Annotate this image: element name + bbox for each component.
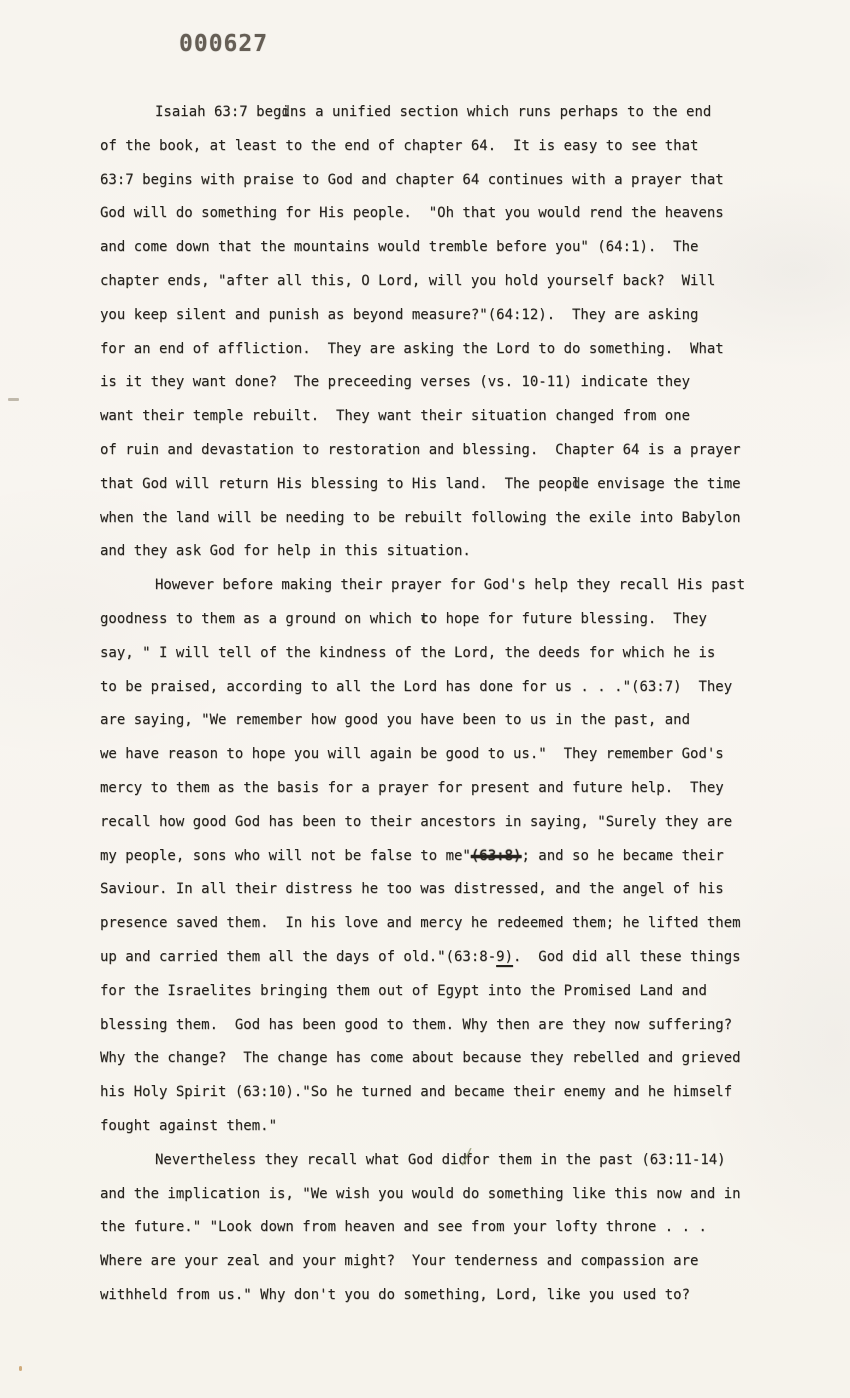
text-segment: mercy to them as the basis for a prayer … — [100, 780, 724, 796]
text-segment: to be praised, according to all the Lord… — [100, 679, 732, 695]
text-segment: Isaiah 63:7 beg — [155, 104, 281, 120]
text-line: my people, sons who will not be false to… — [100, 840, 800, 874]
text-line: Saviour. In all their distress he too wa… — [100, 873, 800, 907]
text-segment: . God did all these things — [513, 949, 741, 965]
text-line: of the book, at least to the end of chap… — [100, 130, 800, 164]
paper-speck — [19, 1366, 22, 1371]
text-segment: is it they want done? The preceeding ver… — [100, 374, 690, 390]
text-segment: Nevertheless they recall what God did — [155, 1152, 467, 1168]
text-segment: and come down that the mountains would t… — [100, 239, 698, 255]
text-line: his Holy Spirit (63:10)."So he turned an… — [100, 1076, 800, 1110]
text-segment: Saviour. In all their distress he too wa… — [100, 881, 724, 897]
text-segment: for them in the past (63:11-14) — [464, 1152, 725, 1168]
text-segment: ns a unified section which runs perhaps … — [290, 104, 711, 120]
text-segment: you keep silent and punish as beyond mea… — [100, 307, 698, 323]
text-segment: for the Israelites bringing them out of … — [100, 983, 707, 999]
text-segment: Where are your zeal and your might? Your… — [100, 1253, 698, 1269]
margin-dash-mark — [8, 398, 19, 401]
text-segment: and they ask God for help in this situat… — [100, 543, 471, 559]
strike-text: (63:8) — [471, 848, 522, 864]
text-line: withheld from us." Why don't you do some… — [100, 1279, 800, 1313]
text-line: for an end of affliction. They are askin… — [100, 333, 800, 367]
text-line: that God will return His blessing to His… — [100, 468, 800, 502]
text-line: up and carried them all the days of old.… — [100, 941, 800, 975]
text-segment: recall how good God has been to their an… — [100, 814, 732, 830]
text-line: and come down that the mountains would t… — [100, 231, 800, 265]
text-line: want their temple rebuilt. They want the… — [100, 400, 800, 434]
text-segment: o hope for future blessing. They — [429, 611, 707, 627]
text-line: 63:7 begins with praise to God and chapt… — [100, 164, 800, 198]
text-segment: tc — [420, 603, 428, 637]
text-segment: withheld from us." Why don't you do some… — [100, 1287, 690, 1303]
text-segment: when the land will be needing to be rebu… — [100, 510, 741, 526]
text-segment: up and carried them all the days of old.… — [100, 949, 496, 965]
text-line: recall how good God has been to their an… — [100, 806, 800, 840]
text-segment: fought against them." — [100, 1118, 277, 1134]
text-segment: of the book, at least to the end of chap… — [100, 138, 698, 154]
text-segment: that God will return His blessing to His… — [100, 476, 572, 492]
underline-text: 9) — [496, 949, 513, 965]
text-segment: However before making their prayer for G… — [155, 577, 745, 593]
text-line: for the Israelites bringing them out of … — [100, 975, 800, 1009]
text-line: to be praised, according to all the Lord… — [100, 671, 800, 705]
text-segment: chapter ends, "after all this, O Lord, w… — [100, 273, 715, 289]
text-line: fought against them." — [100, 1110, 800, 1144]
text-segment: want their temple rebuilt. They want the… — [100, 408, 690, 424]
text-segment: for an end of affliction. They are askin… — [100, 341, 724, 357]
text-segment: 63:7 begins with praise to God and chapt… — [100, 172, 724, 188]
document-page: 000627 Isaiah 63:7 begidns a unified sec… — [0, 0, 850, 1398]
text-segment: e envisage the time — [580, 476, 740, 492]
text-line: blessing them. God has been good to them… — [100, 1009, 800, 1043]
text-line: presence saved them. In his love and mer… — [100, 907, 800, 941]
text-line: are saying, "We remember how good you ha… — [100, 704, 800, 738]
text-line: of ruin and devastation to restoration a… — [100, 434, 800, 468]
text-line: However before making their prayer for G… — [100, 569, 800, 603]
text-segment: his Holy Spirit (63:10)."So he turned an… — [100, 1084, 732, 1100]
text-line: Nevertheless they recall what God did/fo… — [100, 1144, 800, 1178]
text-segment: blessing them. God has been good to them… — [100, 1017, 732, 1033]
text-line: is it they want done? The preceeding ver… — [100, 366, 800, 400]
page-number-stamp: 000627 — [179, 33, 268, 56]
text-line: Why the change? The change has come abou… — [100, 1042, 800, 1076]
text-segment: id — [281, 96, 289, 130]
text-segment: ld — [572, 468, 580, 502]
text-line: mercy to them as the basis for a prayer … — [100, 772, 800, 806]
text-segment: say, " I will tell of the kindness of th… — [100, 645, 715, 661]
text-segment: God will do something for His people. "O… — [100, 205, 724, 221]
text-segment: goodness to them as a ground on which — [100, 611, 420, 627]
text-line: Isaiah 63:7 begidns a unified section wh… — [100, 96, 800, 130]
text-line: you keep silent and punish as beyond mea… — [100, 299, 800, 333]
text-line: when the land will be needing to be rebu… — [100, 502, 800, 536]
text-line: Where are your zeal and your might? Your… — [100, 1245, 800, 1279]
text-line: and they ask God for help in this situat… — [100, 535, 800, 569]
text-line: goodness to them as a ground on which tc… — [100, 603, 800, 637]
text-segment: my people, sons who will not be false to… — [100, 848, 471, 864]
text-line: the future." "Look down from heaven and … — [100, 1211, 800, 1245]
text-segment: the future." "Look down from heaven and … — [100, 1219, 707, 1235]
text-segment: presence saved them. In his love and mer… — [100, 915, 741, 931]
text-line: God will do something for His people. "O… — [100, 197, 800, 231]
text-segment: Why the change? The change has come abou… — [100, 1050, 741, 1066]
text-segment: and the implication is, "We wish you wou… — [100, 1186, 741, 1202]
text-segment: we have reason to hope you will again be… — [100, 746, 724, 762]
text-line: chapter ends, "after all this, O Lord, w… — [100, 265, 800, 299]
text-segment: of ruin and devastation to restoration a… — [100, 442, 741, 458]
text-segment: ; and so he became their — [521, 848, 723, 864]
text-line: and the implication is, "We wish you wou… — [100, 1178, 800, 1212]
typewritten-text: Isaiah 63:7 begidns a unified section wh… — [100, 96, 800, 1313]
text-line: we have reason to hope you will again be… — [100, 738, 800, 772]
text-line: say, " I will tell of the kindness of th… — [100, 637, 800, 671]
text-segment: are saying, "We remember how good you ha… — [100, 712, 690, 728]
